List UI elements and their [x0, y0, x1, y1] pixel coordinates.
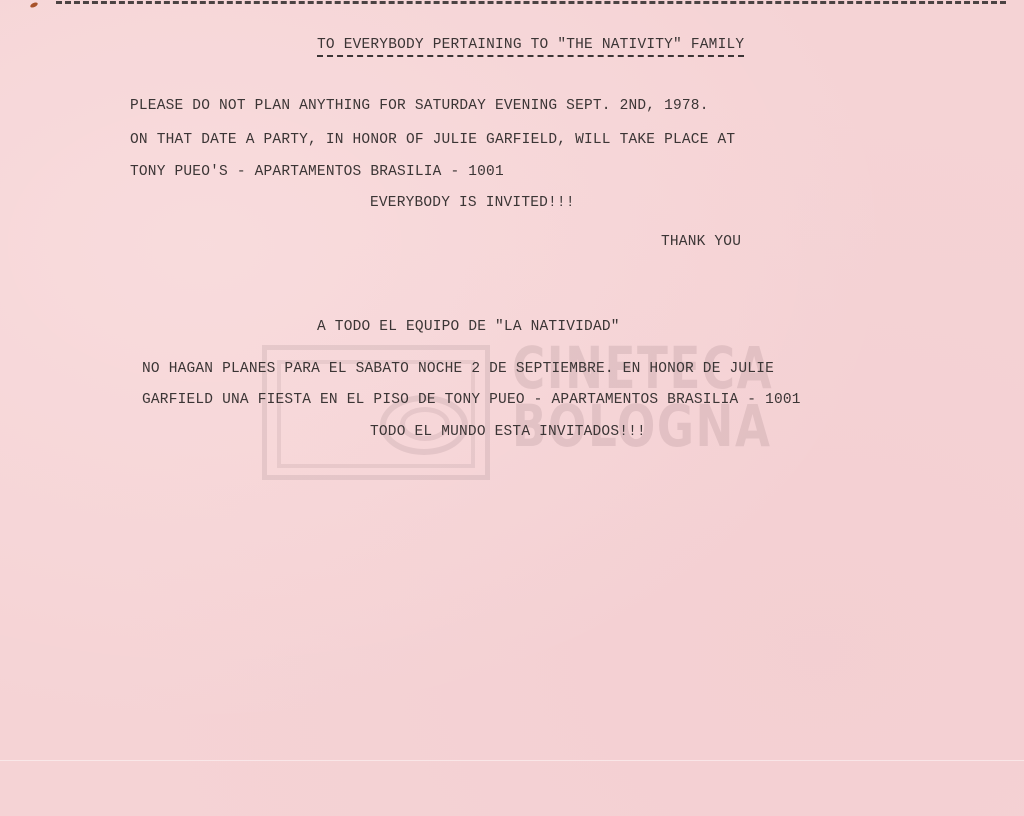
paper-stain [30, 1, 39, 8]
english-line-4: EVERYBODY IS INVITED!!! [370, 194, 575, 212]
english-line-1: PLEASE DO NOT PLAN ANYTHING FOR SATURDAY… [130, 97, 709, 115]
english-line-2: ON THAT DATE A PARTY, IN HONOR OF JULIE … [130, 131, 735, 149]
closing-thank-you: THANK YOU [661, 233, 741, 251]
english-heading: TO EVERYBODY PERTAINING TO "THE NATIVITY… [317, 36, 744, 57]
spanish-line-3: TODO EL MUNDO ESTA INVITADOS!!! [370, 423, 646, 441]
paper-fold-line [0, 760, 1024, 761]
english-line-3: TONY PUEO'S - APARTAMENTOS BRASILIA - 10… [130, 163, 504, 181]
document-page: CINETECA BOLOGNA TO EVERYBODY PERTAINING… [0, 0, 1024, 816]
typed-top-rule [56, 1, 1006, 4]
spanish-line-2: GARFIELD UNA FIESTA EN EL PISO DE TONY P… [142, 391, 801, 409]
spanish-line-1: NO HAGAN PLANES PARA EL SABATO NOCHE 2 D… [142, 360, 774, 378]
spanish-heading: A TODO EL EQUIPO DE "LA NATIVIDAD" [317, 318, 620, 336]
